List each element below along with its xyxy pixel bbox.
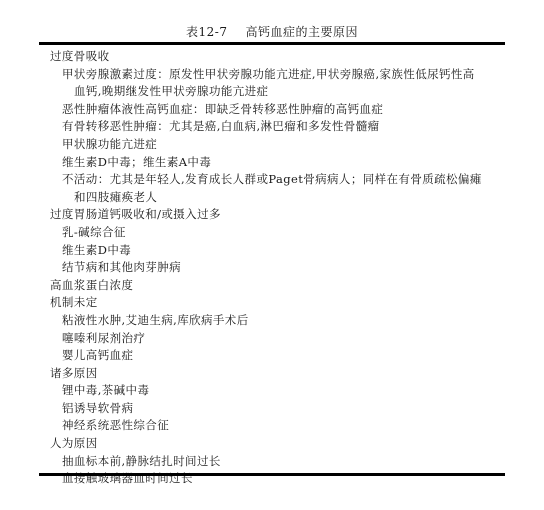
table-title: 高钙血症的主要原因 <box>245 25 358 39</box>
list-item: 粘液性水肿,艾迪生病,库欣病手术后 <box>50 312 500 330</box>
list-item: 神经系统恶性综合征 <box>50 417 500 435</box>
list-item: 噻嗪利尿剂治疗 <box>50 330 500 348</box>
list-item: 结节病和其他肉芽肿病 <box>50 259 500 277</box>
list-item-continuation: 血钙,晚期继发性甲状旁腺功能亢进症 <box>50 83 500 101</box>
list-item: 铝诱导软骨病 <box>50 400 500 418</box>
list-item: 不活动：尤其是年轻人,发育成长人群或Paget骨病病人；同样在有骨质疏松偏瘫 <box>50 171 500 189</box>
list-item: 维生素D中毒；维生素A中毒 <box>50 154 500 172</box>
bottom-rule <box>39 473 505 476</box>
category-row: 过度胃肠道钙吸收和/或摄入过多 <box>50 206 500 224</box>
list-item: 维生素D中毒 <box>50 242 500 260</box>
list-item: 抽血标本前,静脉结扎时间过长 <box>50 453 500 471</box>
list-item: 恶性肿瘤体液性高钙血症：即缺乏骨转移恶性肿瘤的高钙血症 <box>50 101 500 119</box>
list-item: 有骨转移恶性肿瘤：尤其是癌,白血病,淋巴瘤和多发性骨髓瘤 <box>50 118 500 136</box>
category-row: 高血浆蛋白浓度 <box>50 277 500 295</box>
category-row: 机制未定 <box>50 294 500 312</box>
list-item: 锂中毒,茶碱中毒 <box>50 382 500 400</box>
list-item: 甲状腺功能亢进症 <box>50 136 500 154</box>
list-item: 乳-碱综合征 <box>50 224 500 242</box>
table-caption: 表12-7高钙血症的主要原因 <box>0 24 544 40</box>
top-rule <box>39 42 505 45</box>
cause-list: 过度骨吸收 甲状旁腺激素过度：原发性甲状旁腺功能亢进症,甲状旁腺癌,家族性低尿钙… <box>50 48 500 488</box>
category-row: 诸多原因 <box>50 365 500 383</box>
category-row: 过度骨吸收 <box>50 48 500 66</box>
list-item-continuation: 和四肢瘫痪老人 <box>50 189 500 207</box>
list-item: 甲状旁腺激素过度：原发性甲状旁腺功能亢进症,甲状旁腺癌,家族性低尿钙性高 <box>50 66 500 84</box>
category-row: 人为原因 <box>50 435 500 453</box>
table-number: 表12-7 <box>186 25 227 39</box>
list-item: 婴儿高钙血症 <box>50 347 500 365</box>
